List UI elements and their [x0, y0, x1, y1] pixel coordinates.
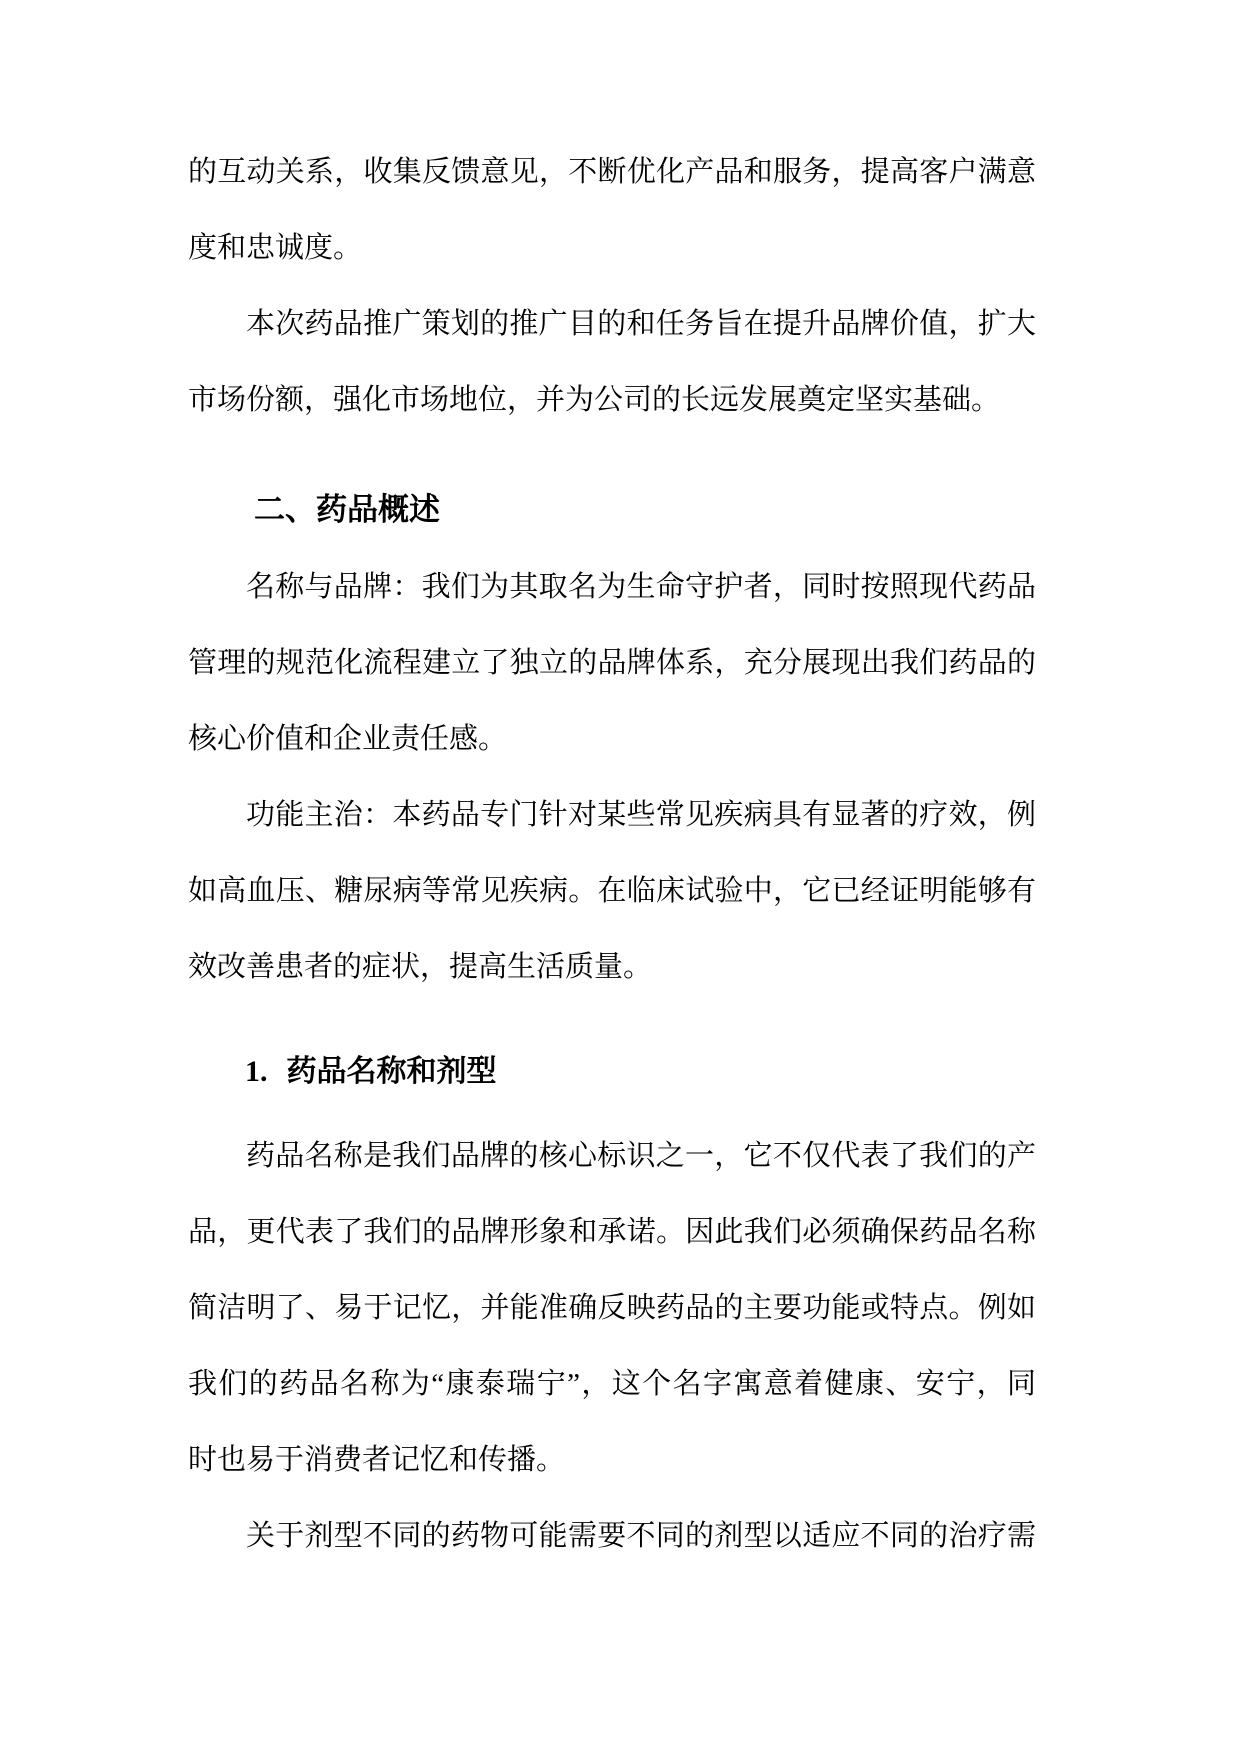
body-line: 效改善患者的症状，提高生活质量。	[188, 929, 1036, 1005]
body-line: 的互动关系，收集反馈意见，不断优化产品和服务，提高客户满意	[188, 134, 1036, 210]
body-line: 管理的规范化流程建立了独立的品牌体系，充分展现出我们药品的	[188, 625, 1036, 701]
paragraph-name-and-brand: 名称与品牌：我们为其取名为生命守护者，同时按照现代药品 管理的规范化流程建立了独…	[188, 549, 1036, 777]
paragraph-indications: 功能主治：本药品专门针对某些常见疾病具有显著的疗效，例 如高血压、糖尿病等常见疾…	[188, 777, 1036, 1005]
body-line: 品，更代表了我们的品牌形象和承诺。因此我们必须确保药品名称	[188, 1194, 1036, 1270]
body-line: 市场份额，强化市场地位，并为公司的长远发展奠定坚实基础。	[188, 362, 1036, 438]
body-line: 名称与品牌：我们为其取名为生命守护者，同时按照现代药品	[188, 549, 1036, 625]
body-line: 简洁明了、易于记忆，并能准确反映药品的主要功能或特点。例如	[188, 1270, 1036, 1346]
body-line: 如高血压、糖尿病等常见疾病。在临床试验中，它已经证明能够有	[188, 853, 1036, 929]
paragraph-dosage-forms: 关于剂型不同的药物可能需要不同的剂型以适应不同的治疗需	[188, 1498, 1036, 1574]
section-heading-drug-overview: 二、药品概述	[188, 472, 1036, 548]
body-line: 时也易于消费者记忆和传播。	[188, 1422, 1036, 1498]
body-line: 度和忠诚度。	[188, 210, 1036, 286]
document-page: 的互动关系，收集反馈意见，不断优化产品和服务，提高客户满意 度和忠诚度。 本次药…	[0, 0, 1240, 1753]
body-line: 核心价值和企业责任感。	[188, 701, 1036, 777]
body-line: 本次药品推广策划的推广目的和任务旨在提升品牌价值，扩大	[188, 286, 1036, 362]
paragraph-drug-name: 药品名称是我们品牌的核心标识之一，它不仅代表了我们的产 品，更代表了我们的品牌形…	[188, 1118, 1036, 1498]
subsection-title: 药品名称和剂型	[287, 1055, 497, 1088]
subsection-heading-name-dosage: 1.药品名称和剂型	[188, 1034, 1036, 1110]
text-block: 的互动关系，收集反馈意见，不断优化产品和服务，提高客户满意 度和忠诚度。 本次药…	[188, 134, 1036, 1574]
body-line: 功能主治：本药品专门针对某些常见疾病具有显著的疗效，例	[188, 777, 1036, 853]
paragraph-promotion-purpose: 本次药品推广策划的推广目的和任务旨在提升品牌价值，扩大 市场份额，强化市场地位，…	[188, 286, 1036, 438]
body-line: 药品名称是我们品牌的核心标识之一，它不仅代表了我们的产	[188, 1118, 1036, 1194]
body-line: 关于剂型不同的药物可能需要不同的剂型以适应不同的治疗需	[188, 1498, 1036, 1574]
paragraph-continued: 的互动关系，收集反馈意见，不断优化产品和服务，提高客户满意 度和忠诚度。	[188, 134, 1036, 286]
body-line: 我们的药品名称为“康泰瑞宁”，这个名字寓意着健康、安宁，同	[188, 1346, 1036, 1422]
subsection-number: 1.	[245, 1034, 268, 1110]
